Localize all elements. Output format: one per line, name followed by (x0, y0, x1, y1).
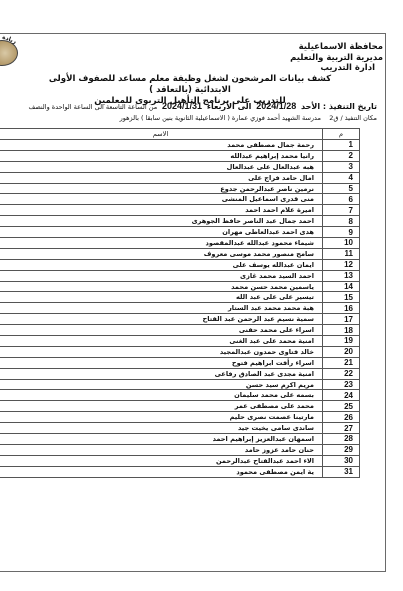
table-row: 21اسراء رأفت ابراهيم فتوح (0, 357, 360, 368)
candidate-name: ساندى سامى يخيت جيد (0, 423, 323, 434)
header-name: الاسم (0, 129, 323, 140)
table-row: 16هبة محمد محمد عبد الستار (0, 303, 360, 314)
row-index: 21 (323, 357, 360, 368)
candidate-name: اسراء على محمد حفنى (0, 325, 323, 336)
candidate-name: رحمة جمال مصطفى محمد (0, 140, 323, 151)
table-row: 23مريم اكرم سيد حسن (0, 379, 360, 390)
row-index: 22 (323, 368, 360, 379)
table-row: 1رحمة جمال مصطفى محمد (0, 140, 360, 151)
location-line: مكان التنفيذ / ق2 مدرسة الشهيد أحمد فوزي… (120, 113, 377, 123)
start-date: 2024/1/28 (254, 101, 298, 111)
table-row: 27ساندى سامى يخيت جيد (0, 423, 360, 434)
candidate-name: منى قدرى اسماعيل المنشى (0, 194, 323, 205)
schedule-line: تاريخ التنفيذ : الأحد 2024/1/28 الى الأر… (28, 101, 377, 113)
row-index: 23 (323, 379, 360, 390)
table-row: 12ايمان عبدالله يوسف على (0, 259, 360, 270)
candidate-name: اسمهان عبدالعزيز إبراهيم احمد (0, 434, 323, 445)
candidate-name: تيسير على على عبد الله (0, 292, 323, 303)
table-row: 30الاء احمد عبدالفتاح عبدالرحمن (0, 455, 360, 466)
candidate-name: هدى احمد عبدالعاطى مهران (0, 227, 323, 238)
table-row: 31ية ايمن مصطفى محمود (0, 466, 360, 477)
candidate-name: اميرة علام احمد احمد (0, 205, 323, 216)
schedule-to-label: الى الأربعاء (207, 102, 252, 111)
row-index: 8 (323, 216, 360, 227)
candidate-name: شيماء محمود عبدالله عبدالمقصود (0, 238, 323, 249)
table-row: 20خالد فتاوى حمدون عبدالمجيد (0, 346, 360, 357)
row-index: 9 (323, 227, 360, 238)
location-label: مكان التنفيذ / ق2 (329, 114, 377, 122)
candidate-name: سمية نسيم عبد الرحمن عبد الفتاح (0, 314, 323, 325)
table-row: 29حنان حامد عزوز حامد (0, 444, 360, 455)
table-row: 15تيسير على على عبد الله (0, 292, 360, 303)
directorate-logo: ريادة (0, 34, 20, 70)
row-index: 3 (323, 161, 360, 172)
candidate-name: امنية محمد على عبد الغنى (0, 336, 323, 347)
table-header-row: م الاسم (0, 129, 360, 140)
candidate-name: ياسمين محمد حسن محمد (0, 281, 323, 292)
table-row: 5نرمين ناصر عبدالرحمن جدوع (0, 183, 360, 194)
table-row: 22امنية مجدى عبد الصادق رفاعى (0, 368, 360, 379)
candidate-name: الاء احمد عبدالفتاح عبدالرحمن (0, 455, 323, 466)
table-row: 19امنية محمد على عبد الغنى (0, 336, 360, 347)
row-index: 19 (323, 336, 360, 347)
row-index: 12 (323, 259, 360, 270)
row-index: 30 (323, 455, 360, 466)
time-range: من الساعة التاسعة الى الساعة الواحدة وال… (28, 103, 157, 111)
row-index: 2 (323, 150, 360, 161)
candidate-name: اسراء رأفت ابراهيم فتوح (0, 357, 323, 368)
candidate-name: محمد على مصطفى عمر (0, 401, 323, 412)
candidate-name: هبة محمد محمد عبد الستار (0, 303, 323, 314)
row-index: 4 (323, 172, 360, 183)
table-row: 14ياسمين محمد حسن محمد (0, 281, 360, 292)
table-row: 28اسمهان عبدالعزيز إبراهيم احمد (0, 434, 360, 445)
candidate-name: امنية مجدى عبد الصادق رفاعى (0, 368, 323, 379)
table-row: 8احمد جمال عبد الناصر حافظ الجوهرى (0, 216, 360, 227)
candidate-name: خالد فتاوى حمدون عبدالمجيد (0, 346, 323, 357)
row-index: 13 (323, 270, 360, 281)
row-index: 31 (323, 466, 360, 477)
candidate-name: هبه عبدالعال على عبدالعال (0, 161, 323, 172)
candidate-name: رانيا محمد إبراهيم عبدالله (0, 150, 323, 161)
candidate-name: احمد جمال عبد الناصر حافظ الجوهرى (0, 216, 323, 227)
row-index: 1 (323, 140, 360, 151)
candidate-name: احمد السيد محمد غازى (0, 270, 323, 281)
candidate-name: سامح منصور محمد موسى معروف (0, 248, 323, 259)
row-index: 25 (323, 401, 360, 412)
row-index: 20 (323, 346, 360, 357)
header-index: م (323, 129, 360, 140)
row-index: 28 (323, 434, 360, 445)
row-index: 11 (323, 248, 360, 259)
governorate-name: محافظة الاسماعيلية (290, 42, 383, 53)
table-row: 18اسراء على محمد حفنى (0, 325, 360, 336)
row-index: 16 (323, 303, 360, 314)
candidate-name: امال حامد فراج على (0, 172, 323, 183)
candidate-name: مارتينا عصمت نصرى حليم (0, 412, 323, 423)
table-body: 1رحمة جمال مصطفى محمد2رانيا محمد إبراهيم… (0, 140, 360, 478)
table-row: 7اميرة علام احمد احمد (0, 205, 360, 216)
table-row: 11سامح منصور محمد موسى معروف (0, 248, 360, 259)
title-line-1: كشف بيانات المرشحون لشغل وظيفة معلم مساع… (40, 74, 340, 96)
location-venue: مدرسة الشهيد أحمد فوزي عمارة ( الاسماعيل… (120, 114, 321, 122)
candidates-table: م الاسم 1رحمة جمال مصطفى محمد2رانيا محمد… (0, 128, 360, 478)
department-name: ادارة التدريب (290, 63, 383, 74)
table-row: 13احمد السيد محمد غازى (0, 270, 360, 281)
row-index: 17 (323, 314, 360, 325)
table-row: 2رانيا محمد إبراهيم عبدالله (0, 150, 360, 161)
row-index: 7 (323, 205, 360, 216)
row-index: 14 (323, 281, 360, 292)
table-row: 26مارتينا عصمت نصرى حليم (0, 412, 360, 423)
row-index: 26 (323, 412, 360, 423)
row-index: 10 (323, 238, 360, 249)
table-row: 4امال حامد فراج على (0, 172, 360, 183)
end-date: 2024/1/31 (160, 101, 204, 111)
candidate-name: نرمين ناصر عبدالرحمن جدوع (0, 183, 323, 194)
table-row: 10شيماء محمود عبدالله عبدالمقصود (0, 238, 360, 249)
table-row: 6منى قدرى اسماعيل المنشى (0, 194, 360, 205)
table-row: 9هدى احمد عبدالعاطى مهران (0, 227, 360, 238)
directorate-name: مديرية التربية والتعليم (290, 53, 383, 64)
issuer-header: محافظة الاسماعيلية مديرية التربية والتعل… (290, 42, 383, 74)
row-index: 6 (323, 194, 360, 205)
table-row: 24بسمه على محمد سليمان (0, 390, 360, 401)
candidate-name: ية ايمن مصطفى محمود (0, 466, 323, 477)
table-row: 3هبه عبدالعال على عبدالعال (0, 161, 360, 172)
candidate-name: مريم اكرم سيد حسن (0, 379, 323, 390)
row-index: 15 (323, 292, 360, 303)
candidate-name: بسمه على محمد سليمان (0, 390, 323, 401)
candidate-name: ايمان عبدالله يوسف على (0, 259, 323, 270)
table-row: 17سمية نسيم عبد الرحمن عبد الفتاح (0, 314, 360, 325)
row-index: 29 (323, 444, 360, 455)
candidate-name: حنان حامد عزوز حامد (0, 444, 323, 455)
row-index: 5 (323, 183, 360, 194)
schedule-label: تاريخ التنفيذ : الأحد (301, 102, 377, 111)
table-row: 25محمد على مصطفى عمر (0, 401, 360, 412)
row-index: 18 (323, 325, 360, 336)
row-index: 27 (323, 423, 360, 434)
row-index: 24 (323, 390, 360, 401)
